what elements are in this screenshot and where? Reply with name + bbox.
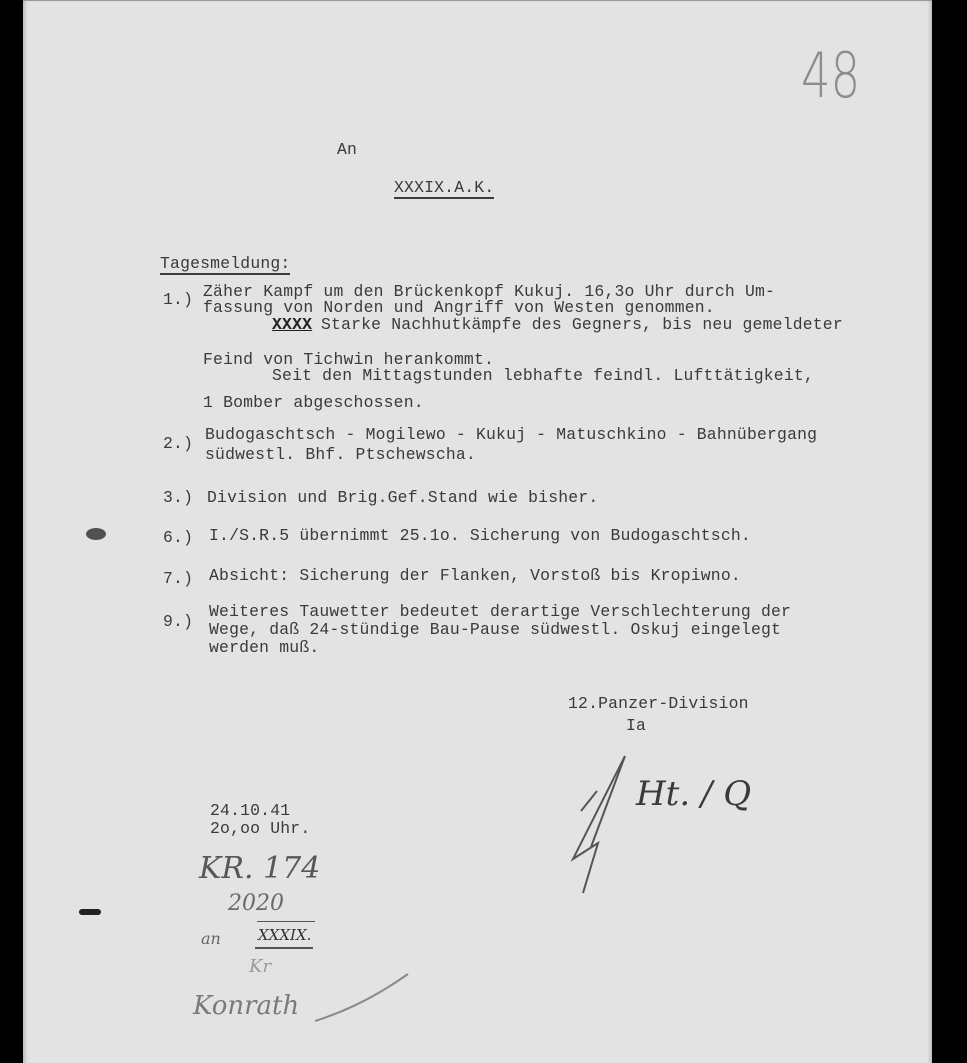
kr-number: KR. 174 [199, 851, 320, 886]
item-line: Weiteres Tauwetter bedeutet derartige Ve… [209, 603, 791, 620]
item-number: 1.) [163, 291, 193, 308]
item-number: 3.) [163, 489, 193, 506]
handwritten-rule [255, 947, 313, 949]
item-number: 6.) [163, 529, 193, 546]
item-line: Wege, daß 24-stündige Bau-Pause südwestl… [209, 621, 781, 638]
addressee: XXXIX.A.K. [394, 179, 494, 199]
handwritten-signature-name: Konrath [193, 991, 299, 1021]
item-line: Starke Nachhutkämpfe des Gegners, bis ne… [321, 316, 843, 333]
report-time: 2o,oo Uhr. [210, 820, 310, 837]
item-line: Absicht: Sicherung der Flanken, Vorstoß … [209, 567, 741, 584]
report-date: 24.10.41 [210, 802, 290, 819]
item-line: Division und Brig.Gef.Stand wie bisher. [207, 489, 598, 506]
page-number: 48 [801, 39, 860, 112]
item-line: I./S.R.5 übernimmt 25.1o. Sicherung von … [209, 527, 751, 544]
signature-flourish [313, 966, 413, 1026]
unit-name: 12.Panzer-Division [568, 695, 749, 712]
item-number: 7.) [163, 570, 193, 587]
item-number: 9.) [163, 613, 193, 630]
addressee-prefix: An [337, 141, 357, 158]
struck-text: XXXX [272, 316, 312, 333]
document-page: 48 An XXXIX.A.K. Tagesmeldung: 1.) Zäher… [23, 0, 932, 1063]
handwritten-rule [257, 921, 315, 922]
item-line: südwestl. Bhf. Ptschewscha. [205, 446, 476, 463]
ink-blot [86, 528, 106, 540]
unit-section: Ia [626, 717, 646, 734]
report-title: Tagesmeldung: [160, 255, 290, 275]
signature-initials: Ht. / Q [636, 774, 751, 814]
item-line: Seit den Mittagstunden lebhafte feindl. … [272, 367, 814, 384]
item-line: fassung von Norden und Angriff von Weste… [203, 299, 715, 316]
item-line: 1 Bomber abgeschossen. [203, 394, 424, 411]
recipient-prefix: an [201, 929, 221, 948]
time-received: 2020 [228, 891, 284, 916]
item-line: Budogaschtsch - Mogilewo - Kukuj - Matus… [205, 426, 817, 443]
ink-mark [79, 909, 101, 915]
item-number: 2.) [163, 435, 193, 452]
handwritten-initials: Kr [249, 956, 271, 977]
recipient: XXXIX. [258, 926, 311, 944]
item-line: werden muß. [209, 639, 319, 656]
